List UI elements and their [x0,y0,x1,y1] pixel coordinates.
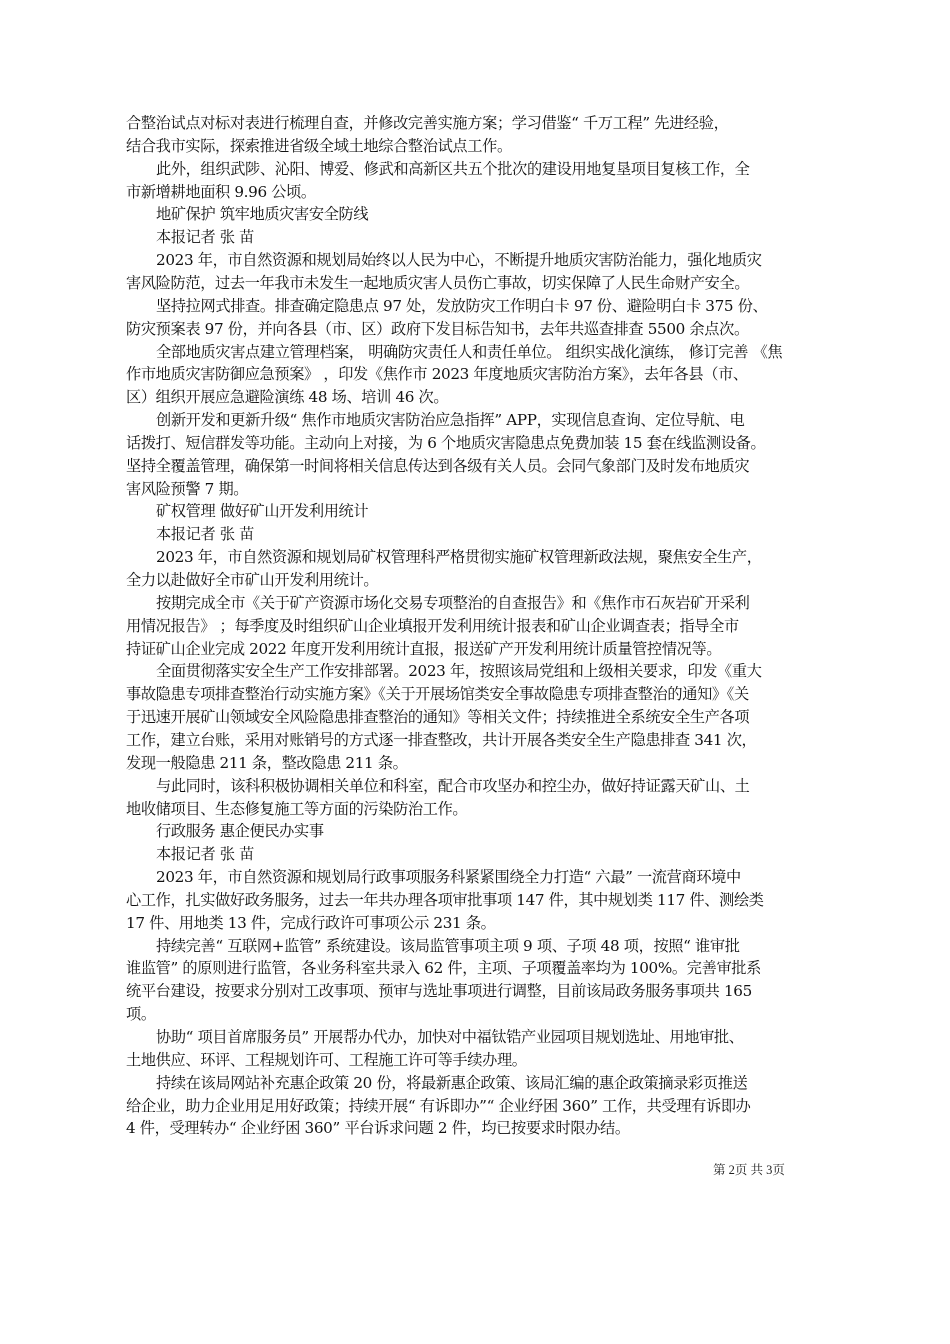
text-line: 2023 年，市自然资源和规划局始终以人民为中心，不断提升地质灾害防治能力，强化… [156,250,762,270]
text-line: 心工作，扎实做好政务服务，过去一年共办理各项审批事项 147 件，其中规划类 1… [126,890,764,910]
text-line: 结合我市实际，探索推进省级全域土地综合整治试点工作。 [126,136,512,156]
text-line: 持续完善“ 互联网+监管” 系统建设。该局监管事项主项 9 项、子项 48 项，… [156,936,740,956]
text-line: 本报记者 张 苗 [156,227,254,247]
text-line: 矿权管理 做好矿山开发利用统计 [156,501,368,521]
text-line: 坚持拉网式排查。排查确定隐患点 97 处，发放防灾工作明白卡 97 份、避险明白… [156,296,767,316]
text-line: 谁监管” 的原则进行监管，各业务科室共录入 62 件，主项、子项覆盖率均为 10… [126,958,761,978]
text-line: 合整治试点对标对表进行梳理自查，并修改完善实施方案；学习借鉴“ 千万工程” 先进… [126,113,728,133]
text-line: 地收储项目、生态修复施工等方面的污染防治工作。 [126,799,467,819]
text-line: 工作，建立台账，采用对账销号的方式逐一排查整改，共计开展各类安全生产隐患排查 3… [126,730,756,750]
text-line: 害风险预警 7 期。 [126,479,248,499]
text-line: 持续在该局网站补充惠企政策 20 份，将最新惠企政策、该局汇编的惠企政策摘录彩页… [156,1073,747,1093]
text-line: 按期完成全市《关于矿产资源市场化交易专项整治的自查报告》和《焦作市石灰岩矿开采利 [156,593,750,613]
text-line: 4 件，受理转办“ 企业纾困 360” 平台诉求问题 2 件，均已按要求时限办结… [126,1118,630,1138]
text-line: 2023 年，市自然资源和规划局矿权管理科严格贯彻实施矿权管理新政法规，聚焦安全… [156,547,762,567]
text-line: 话拨打、短信群发等功能。主动向上对接，为 6 个地质灾害隐患点免费加装 15 套… [126,433,765,453]
text-line: 土地供应、环评、工程规划许可、工程施工许可等手续办理。 [126,1050,527,1070]
text-line: 防灾预案表 97 份，并向各县（市、区）政府下发目标告知书，去年共巡查排查 55… [126,319,749,339]
text-line: 17 件、用地类 13 件，完成行政许可事项公示 231 条。 [126,913,496,933]
text-line: 此外，组织武陟、沁阳、博爱、修武和高新区共五个批次的建设用地复垦项目复核工作，全 [156,159,750,179]
text-line: 事故隐患专项排查整治行动实施方案》《关于开展场馆类安全事故隐患专项排查整治的通知… [126,684,749,704]
text-line: 害风险防范，过去一年我市未发生一起地质灾害人员伤亡事故，切实保障了人民生命财产安… [126,273,749,293]
text-line: 全部地质灾害点建立管理档案， 明确防灾责任人和责任单位。 组织实战化演练， 修订… [156,342,782,362]
text-line: 全面贯彻落实安全生产工作安排部署。2023 年，按照该局党组和上级相关要求，印发… [156,661,762,681]
text-line: 本报记者 张 苗 [156,524,254,544]
text-line: 于迅速开展矿山领域安全风险隐患排查整治的通知》等相关文件；持续推进全系统安全生产… [126,707,749,727]
text-line: 作市地质灾害防御应急预案》 ，印发《焦作市 2023 年度地质灾害防治方案》，去… [126,364,748,384]
text-line: 市新增耕地面积 9.96 公顷。 [126,182,316,202]
text-line: 发现一般隐患 211 条，整改隐患 211 条。 [126,753,408,773]
text-line: 用情况报告》 ；每季度及时组织矿山企业填报开发利用统计报表和矿山企业调查表；指导… [126,616,739,636]
text-line: 统平台建设，按要求分别对工改事项、预审与选址事项进行调整，目前该局政务服务事项共… [126,981,752,1001]
text-line: 区）组织开展应急避险演练 48 场、培训 46 次。 [126,387,448,407]
text-line: 给企业，助力企业用足用好政策；持续开展“ 有诉即办”“ 企业纾困 360” 工作… [126,1096,751,1116]
text-line: 项。 [126,1004,156,1024]
page-number: 第 2页 共 3页 [713,1160,785,1178]
document-page: 合整治试点对标对表进行梳理自查，并修改完善实施方案；学习借鉴“ 千万工程” 先进… [0,0,950,1344]
text-line: 2023 年，市自然资源和规划局行政事项服务科紧紧围绕全力打造“ 六最” 一流营… [156,867,741,887]
text-line: 协助“ 项目首席服务员” 开展帮办代办，加快对中福钛锆产业园项目规划选址、用地审… [156,1027,744,1047]
text-line: 行政服务 惠企便民办实事 [156,821,324,841]
text-line: 持证矿山企业完成 2022 年度开发利用统计直报，报送矿产开发利用统计质量管控情… [126,639,721,659]
text-line: 坚持全覆盖管理，确保第一时间将相关信息传达到各级有关人员。会同气象部门及时发布地… [126,456,749,476]
text-line: 与此同时，该科积极协调相关单位和科室，配合市攻坚办和控尘办，做好持证露天矿山、土 [156,776,750,796]
text-line: 地矿保护 筑牢地质灾害安全防线 [156,204,368,224]
text-line: 创新开发和更新升级“ 焦作市地质灾害防治应急指挥” APP，实现信息查询、定位导… [156,410,744,430]
text-line: 本报记者 张 苗 [156,844,254,864]
text-line: 全力以赴做好全市矿山开发利用统计。 [126,570,378,590]
